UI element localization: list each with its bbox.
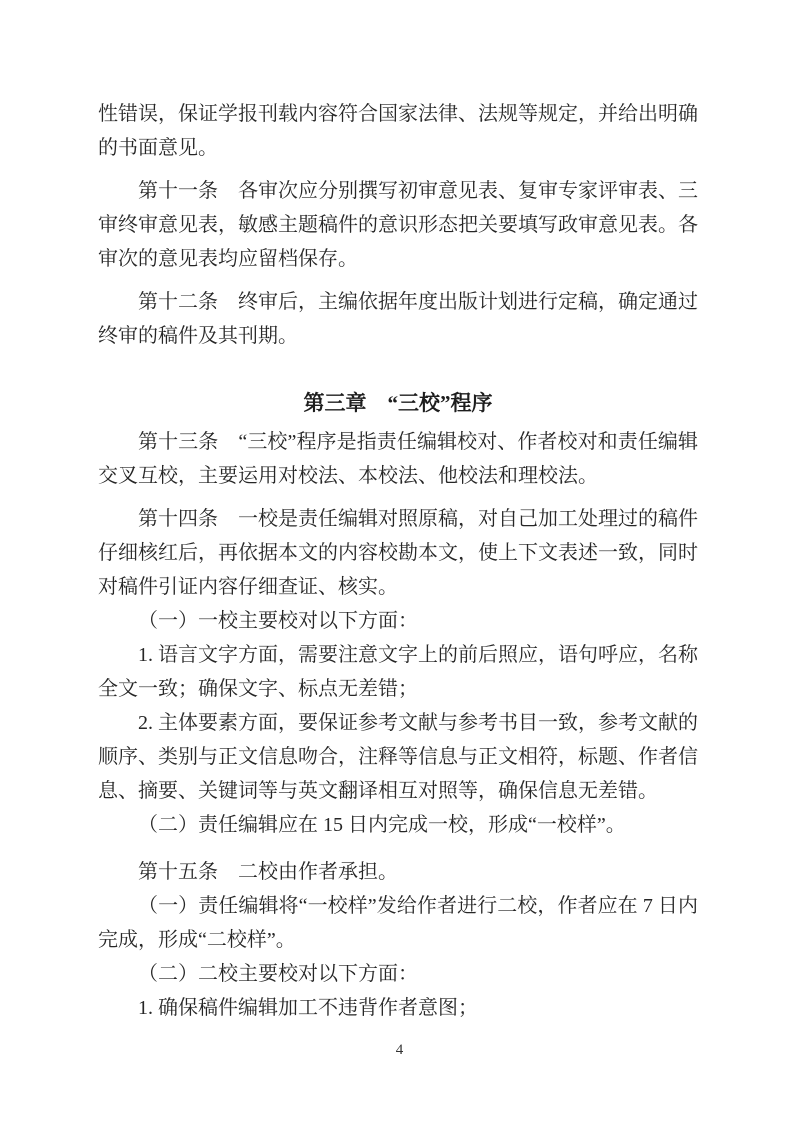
paragraph-item-1b: （一）责任编辑将“一校样”发给作者进行二校，作者应在 7 日内完成，形成“二校样… <box>98 889 698 957</box>
paragraph-item-2b: （二）二校主要校对以下方面： <box>98 957 698 991</box>
paragraph-subitem-1: 1. 语言文字方面，需要注意文字上的前后照应，语句呼应，名称全文一致；确保文字、… <box>98 638 698 706</box>
page-number: 4 <box>0 1040 799 1060</box>
paragraph-article-15: 第十五条 二校由作者承担。 <box>98 855 698 889</box>
paragraph-subitem-2: 2. 主体要素方面，要保证参考文献与参考书目一致，参考文献的顺序、类别与正文信息… <box>98 706 698 808</box>
paragraph-article-14: 第十四条 一校是责任编辑对照原稿，对自己加工处理过的稿件仔细核红后，再依据本文的… <box>98 502 698 604</box>
paragraph-item-1: （一）一校主要校对以下方面： <box>98 604 698 638</box>
document-content: 性错误，保证学报刊载内容符合国家法律、法规等规定，并给出明确的书面意见。 第十一… <box>98 97 698 1025</box>
paragraph-item-2: （二）责任编辑应在 15 日内完成一校，形成“一校样”。 <box>98 808 698 842</box>
paragraph-article-12: 第十二条 终审后，主编依据年度出版计划进行定稿，确定通过终审的稿件及其刊期。 <box>98 285 698 353</box>
chapter-heading: 第三章 “三校”程序 <box>98 385 698 421</box>
document-page: 性错误，保证学报刊载内容符合国家法律、法规等规定，并给出明确的书面意见。 第十一… <box>0 0 799 1131</box>
paragraph-article-13: 第十三条 “三校”程序是指责任编辑校对、作者校对和责任编辑交叉互校，主要运用对校… <box>98 425 698 493</box>
paragraph-subitem-1b: 1. 确保稿件编辑加工不违背作者意图； <box>98 991 698 1025</box>
paragraph-article-11: 第十一条 各审次应分别撰写初审意见表、复审专家评审表、三审终审意见表，敏感主题稿… <box>98 174 698 276</box>
paragraph-continuation: 性错误，保证学报刊载内容符合国家法律、法规等规定，并给出明确的书面意见。 <box>98 97 698 165</box>
